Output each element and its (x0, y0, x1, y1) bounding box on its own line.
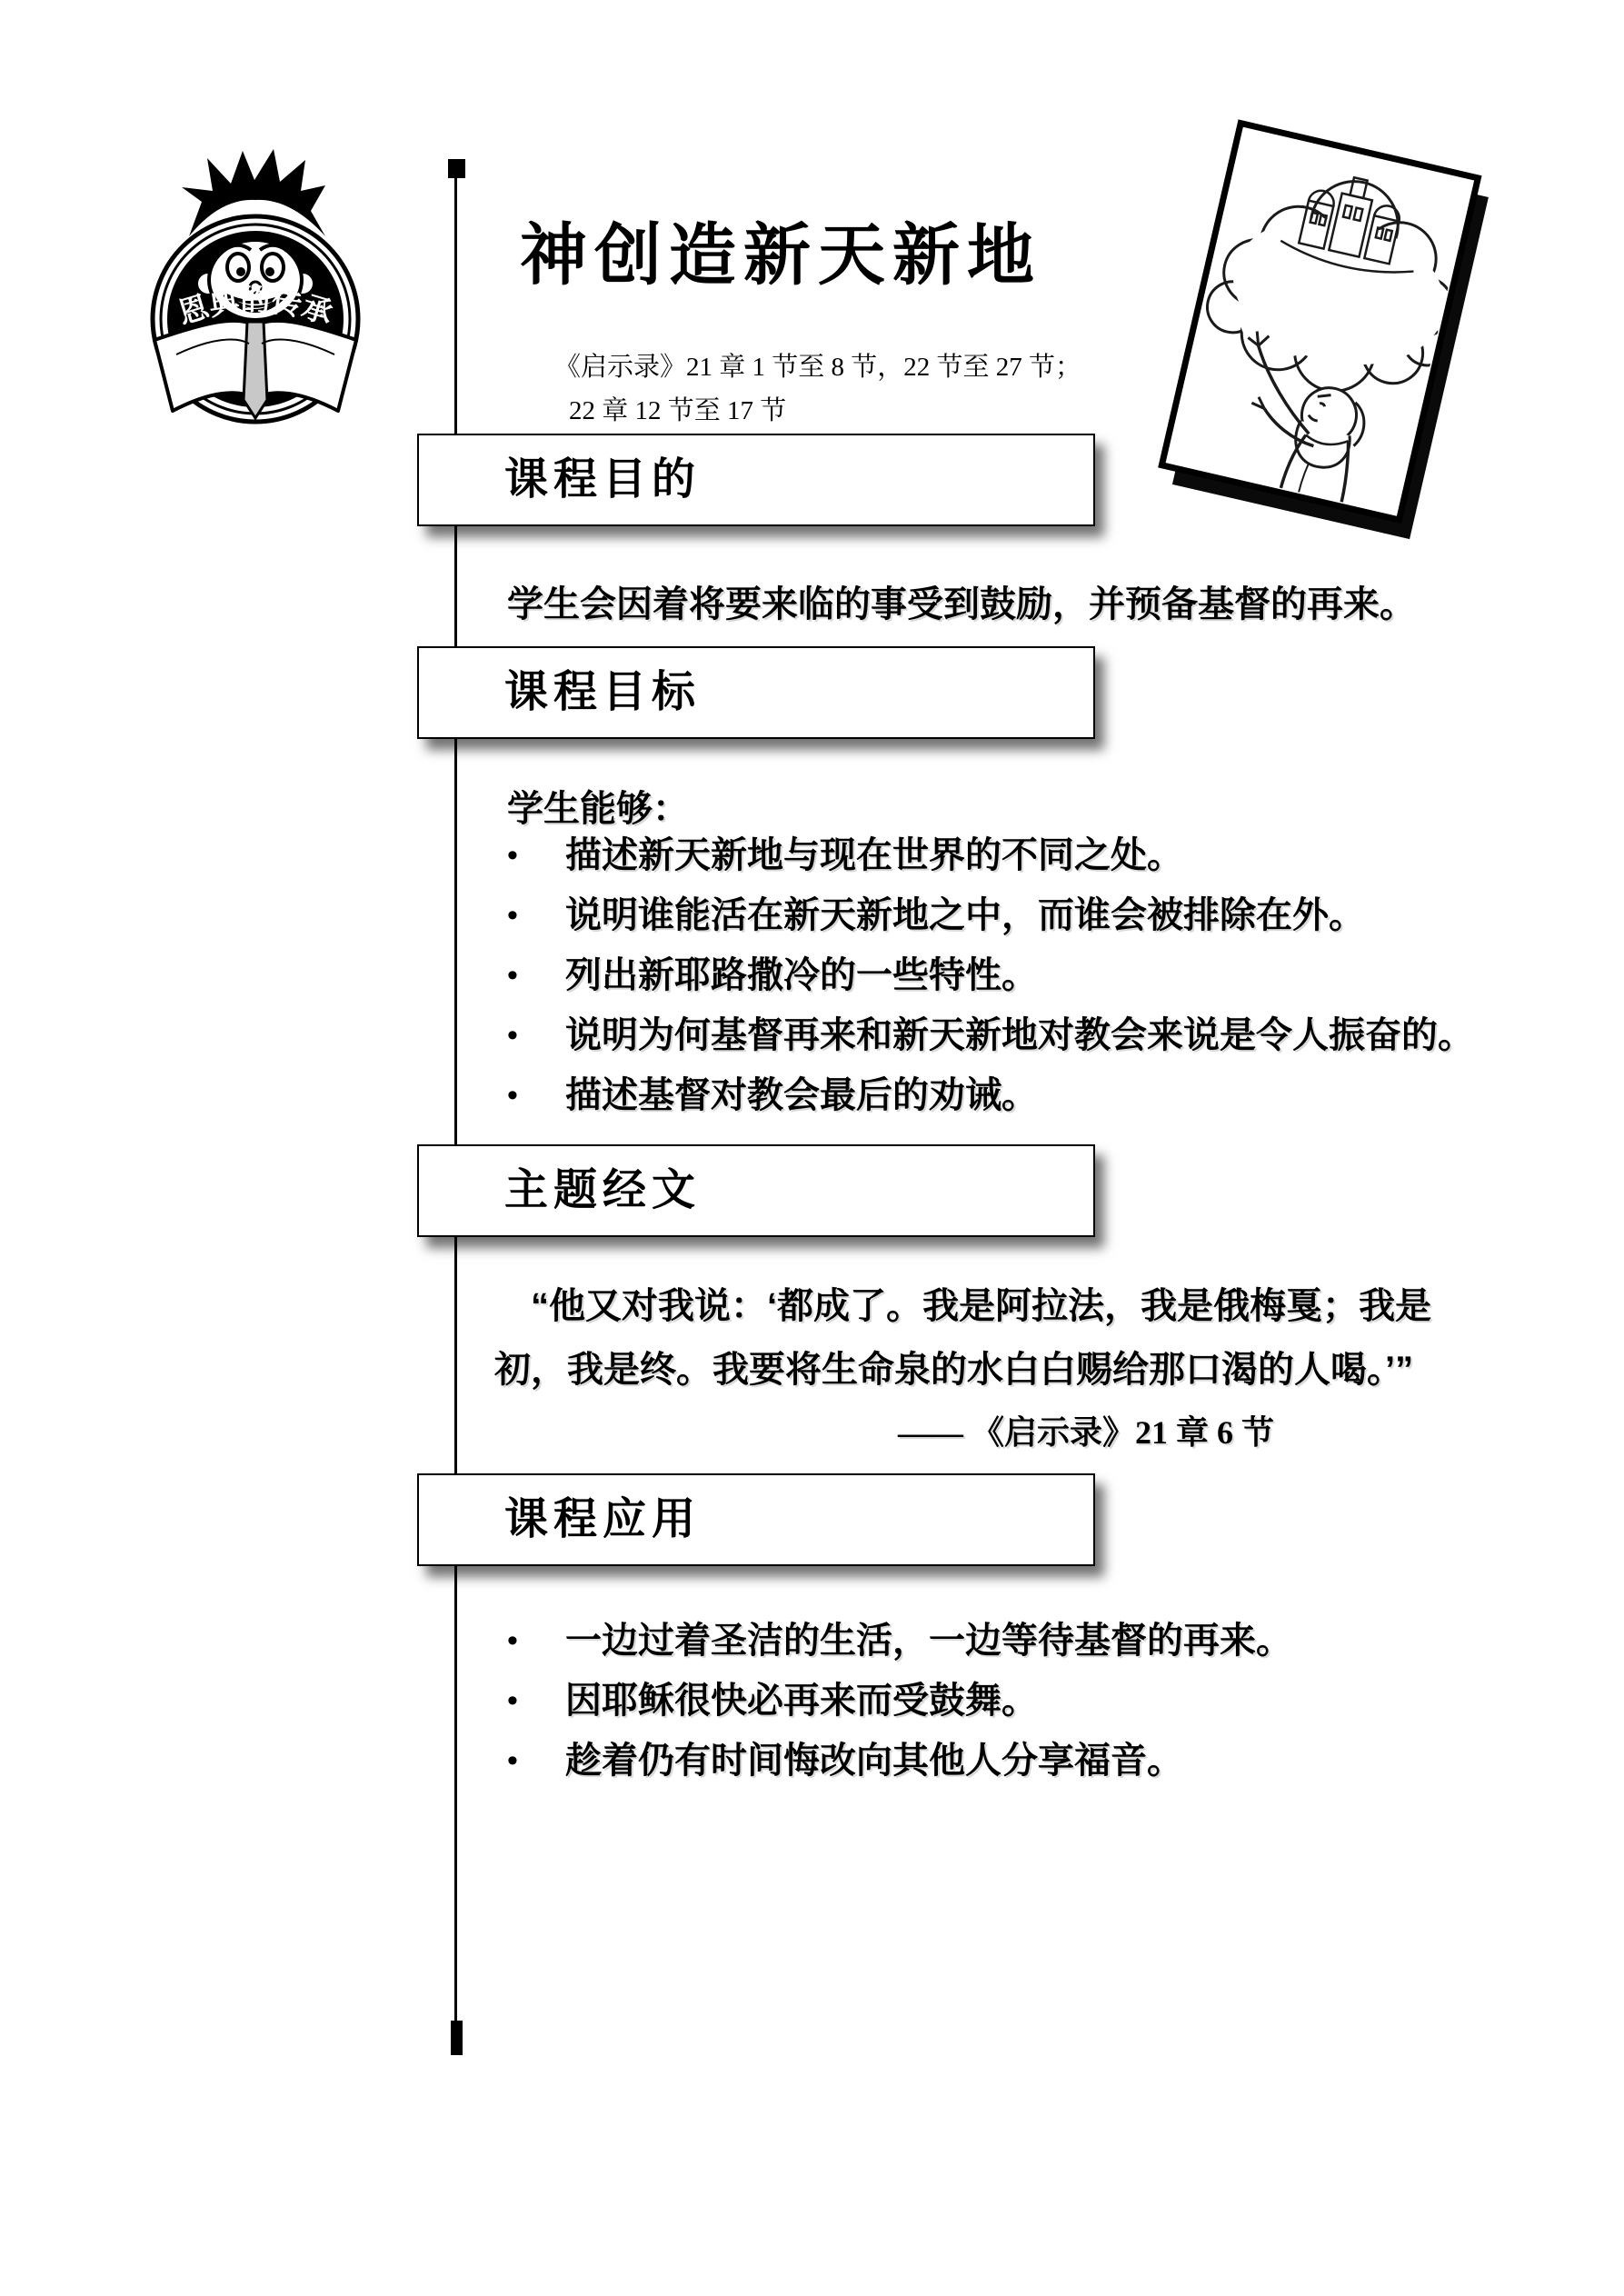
list-item-text: 说明为何基督再来和新天新地对教会来说是令人振奋的。 (565, 1005, 1474, 1065)
section-heading: 课程目标 (419, 648, 1093, 735)
list-item-text: 因耶稣很快必再来而受鼓舞。 (565, 1671, 1038, 1731)
boy-eye-right (262, 254, 284, 281)
bullet-icon: • (507, 1065, 565, 1125)
bullet-icon: • (507, 885, 565, 945)
boy-pupil-right (265, 267, 274, 276)
section-heading: 课程目的 (419, 435, 1093, 523)
list-item: • 因耶稣很快必再来而受鼓舞。 (507, 1671, 1292, 1731)
list-item: • 描述新天新地与现在世界的不同之处。 (507, 825, 1474, 885)
list-item: • 说明谁能活在新天新地之中，而谁会被排除在外。 (507, 885, 1474, 945)
quote-line-1: “他又对我说：‘都成了。我是阿拉法，我是俄梅戛；我是 (494, 1274, 1558, 1338)
application-list: • 一边过着圣洁的生活，一边等待基督的再来。 • 因耶稣很快必再来而受鼓舞。 •… (507, 1611, 1292, 1791)
list-item-text: 一边过着圣洁的生活，一边等待基督的再来。 (565, 1611, 1292, 1671)
list-item: • 描述基督对教会最后的劝诫。 (507, 1065, 1474, 1125)
bullet-icon: • (507, 825, 565, 885)
grace-heritage-logo: 恩典的传承 (136, 145, 373, 464)
timeline-bottom-cap (451, 2021, 463, 2055)
bullet-icon: • (507, 1611, 565, 1671)
list-item: • 说明为何基督再来和新天新地对教会来说是令人振奋的。 (507, 1005, 1474, 1065)
list-item-text: 描述基督对教会最后的劝诫。 (565, 1065, 1038, 1125)
list-item-text: 列出新耶路撒冷的一些特性。 (565, 945, 1038, 1005)
scripture-reference-line2: 22 章 12 节至 17 节 (554, 389, 1081, 433)
bullet-icon: • (507, 1671, 565, 1731)
scripture-reference-line1: 《启示录》21 章 1 节至 8 节，22 节至 27 节； (554, 345, 1081, 389)
boy-eye-left (227, 254, 249, 281)
section-header-application: 课程应用 (417, 1473, 1095, 1566)
quote-line-2: 初，我是终。我要将生命泉的水白白赐给那口渴的人喝。’” (494, 1338, 1558, 1402)
objectives-list: • 描述新天新地与现在世界的不同之处。 • 说明谁能活在新天新地之中，而谁会被排… (507, 825, 1474, 1125)
scripture-quote: “他又对我说：‘都成了。我是阿拉法，我是俄梅戛；我是 初，我是终。我要将生命泉的… (494, 1274, 1558, 1402)
bullet-icon: • (507, 1731, 565, 1791)
boy-pupil-left (236, 267, 245, 276)
list-item: • 列出新耶路撒冷的一些特性。 (507, 945, 1474, 1005)
list-item-text: 趁着仍有时间悔改向其他人分享福音。 (565, 1731, 1183, 1791)
bullet-icon: • (507, 945, 565, 1005)
list-item: • 一边过着圣洁的生活，一边等待基督的再来。 (507, 1611, 1292, 1671)
book-spine (244, 322, 267, 418)
list-item: • 趁着仍有时间悔改向其他人分享福音。 (507, 1731, 1292, 1791)
vision-illustration (1141, 116, 1504, 571)
objectives-intro: 学生能够： (507, 780, 689, 832)
purpose-body: 学生会因着将要来临的事受到鼓励，并预备基督的再来。 (507, 575, 1416, 627)
page-title: 神创造新天新地 (520, 222, 1041, 289)
section-header-purpose: 课程目的 (417, 434, 1095, 526)
lesson-page: 恩典的传承 神创造新天新地 《启示录》21 章 1 节至 8 节，22 节至 2… (0, 0, 1624, 2296)
section-heading: 主题经文 (419, 1146, 1093, 1233)
scripture-reference: 《启示录》21 章 1 节至 8 节，22 节至 27 节； 22 章 12 节… (554, 345, 1081, 433)
list-item-text: 说明谁能活在新天新地之中，而谁会被排除在外。 (565, 885, 1365, 945)
section-header-scripture: 主题经文 (417, 1144, 1095, 1237)
bullet-icon: • (507, 1005, 565, 1065)
scripture-attribution: —— 《启示录》21 章 6 节 (898, 1407, 1274, 1453)
list-item-text: 描述新天新地与现在世界的不同之处。 (565, 825, 1183, 885)
section-heading: 课程应用 (419, 1475, 1093, 1562)
section-header-objectives: 课程目标 (417, 646, 1095, 739)
timeline-top-square (448, 159, 465, 178)
